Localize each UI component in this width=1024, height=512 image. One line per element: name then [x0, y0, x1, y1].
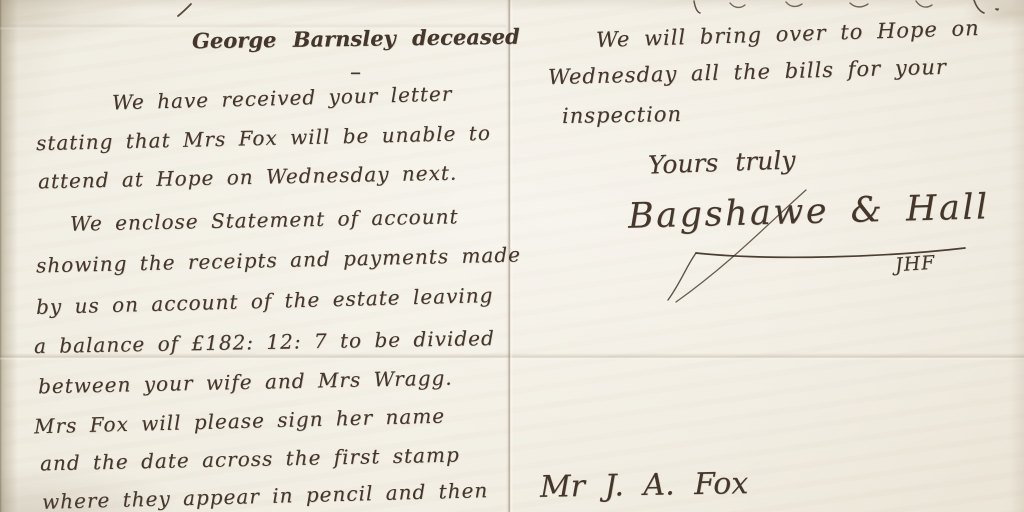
- letter-line: We have received your letter: [112, 82, 453, 115]
- paper-left-edge: [0, 0, 18, 512]
- stray-pen-mark: [176, 2, 194, 18]
- letter-line: inspection: [562, 102, 682, 128]
- clerk-initials: JHF: [894, 252, 936, 277]
- letter-scan: George Barnsley deceased – We have recei…: [0, 0, 1024, 512]
- letter-line: Wednesday all the bills for your: [548, 55, 947, 89]
- letter-line: stating that Mrs Fox will be unable to: [36, 121, 491, 155]
- signature-flourish: [620, 150, 980, 315]
- letter-line: where they appear in pencil and then: [42, 478, 489, 512]
- letter-line: by us on account of the estate leaving: [36, 283, 494, 319]
- case-heading: George Barnsley deceased: [192, 24, 520, 54]
- letter-line: We will bring over to Hope on: [596, 16, 980, 52]
- letter-line: and the date across the first stamp: [40, 443, 460, 476]
- letter-line: Mrs Fox will please sign her name: [34, 404, 446, 439]
- letter-line: between your wife and Mrs Wragg.: [38, 366, 453, 399]
- letter-line: We enclose Statement of account: [70, 204, 459, 235]
- heading-dash: –: [350, 60, 361, 85]
- addressee-name: Mr J. A. Fox: [540, 466, 749, 505]
- letter-line: showing the receipts and payments made: [36, 243, 521, 278]
- clipped-line-top: [690, 0, 1010, 14]
- letter-line: attend at Hope on Wednesday next.: [38, 161, 458, 194]
